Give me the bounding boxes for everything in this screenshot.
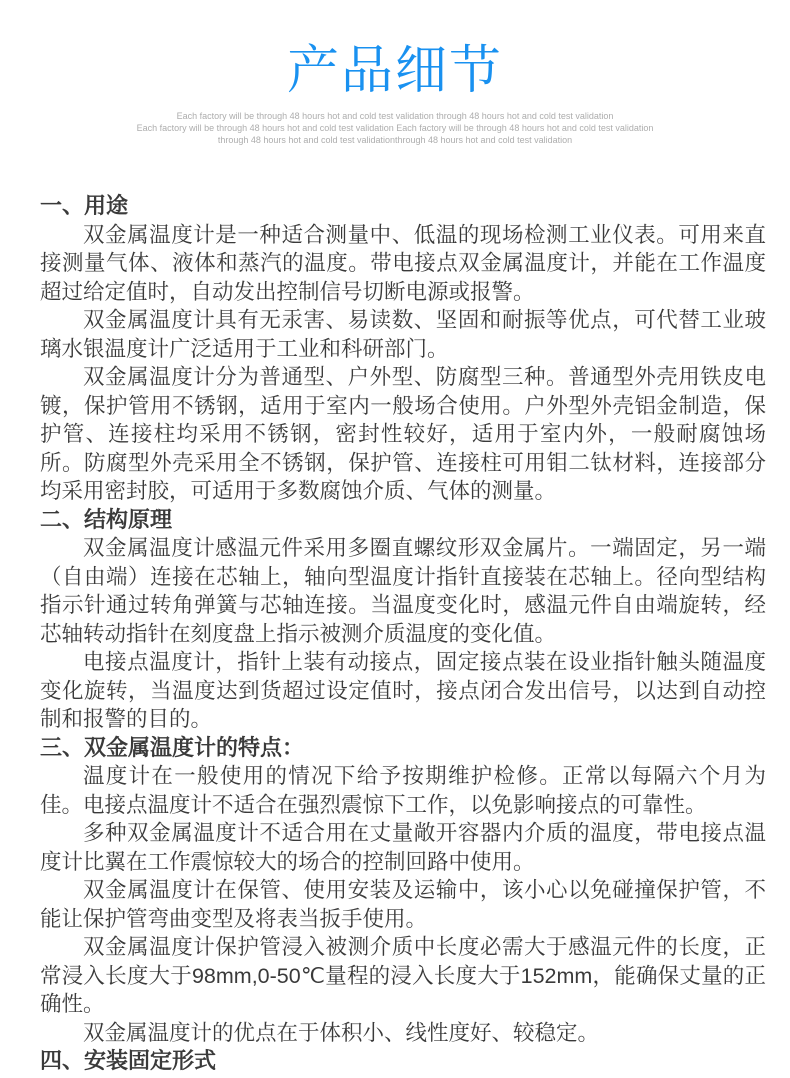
section-heading-features: 三、双金属温度计的特点：	[40, 734, 766, 763]
page-title: 产品细节	[0, 40, 790, 102]
usage-paragraph-3: 双金属温度计分为普通型、户外型、防腐型三种。普通型外壳用铁皮电镀，保护管用不锈钢…	[40, 363, 766, 506]
features-paragraph-4: 双金属温度计保护管浸入被测介质中长度必需大于感温元件的长度，正常浸入长度大于98…	[40, 933, 766, 1019]
structure-paragraph-1: 双金属温度计感温元件采用多圈直螺纹形双金属片。一端固定，另一端（自由端）连接在芯…	[40, 534, 766, 648]
usage-paragraph-1: 双金属温度计是一种适合测量中、低温的现场检测工业仪表。可用来直接测量气体、液体和…	[40, 221, 766, 307]
description-content: 一、用途 双金属温度计是一种适合测量中、低温的现场检测工业仪表。可用来直接测量气…	[40, 192, 766, 1076]
features-paragraph-2: 多种双金属温度计不适合用在丈量敞开容器内介质的温度，带电接点温度计比翼在工作震惊…	[40, 819, 766, 876]
usage-paragraph-2: 双金属温度计具有无汞害、易读数、坚固和耐振等优点，可代替工业玻璃水银温度计广泛适…	[40, 306, 766, 363]
features-paragraph-3: 双金属温度计在保管、使用安装及运输中，该小心以免碰撞保护管，不能让保护管弯曲变型…	[40, 876, 766, 933]
features-paragraph-5: 双金属温度计的优点在于体积小、线性度好、较稳定。	[40, 1019, 766, 1048]
product-detail-page: 产品细节 Each factory will be through 48 hou…	[0, 0, 790, 1078]
subtitle-line-3: through 48 hours hot and cold test valid…	[0, 134, 790, 146]
features-paragraph-1: 温度计在一般使用的情况下给予按期维护检修。正常以每隔六个月为佳。电接点温度计不适…	[40, 762, 766, 819]
section-heading-structure: 二、结构原理	[40, 506, 766, 535]
subtitle-line-2: Each factory will be through 48 hours ho…	[0, 122, 790, 134]
hero-header: 产品细节 Each factory will be through 48 hou…	[0, 0, 790, 146]
hero-subtitle: Each factory will be through 48 hours ho…	[0, 110, 790, 146]
section-heading-installation: 四、安装固定形式	[40, 1047, 766, 1076]
subtitle-line-1: Each factory will be through 48 hours ho…	[0, 110, 790, 122]
section-heading-usage: 一、用途	[40, 192, 766, 221]
structure-paragraph-2: 电接点温度计，指针上装有动接点，固定接点装在设业指针触头随温度变化旋转，当温度达…	[40, 648, 766, 734]
